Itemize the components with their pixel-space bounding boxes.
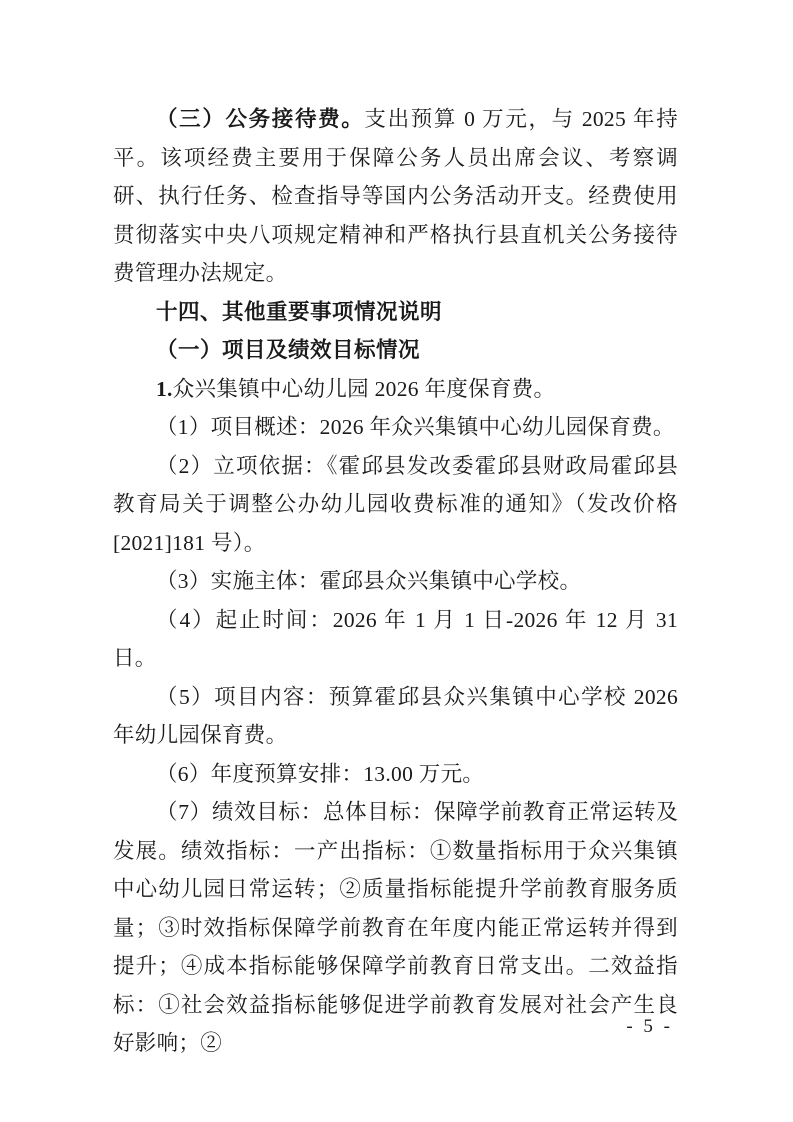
- para-item-4-start-end-time: （4）起止时间：2026 年 1 月 1 日-2026 年 12 月 31 日。: [113, 601, 678, 678]
- document-content: （三）公务接待费。支出预算 0 万元，与 2025 年持平。该项经费主要用于保障…: [113, 100, 678, 1063]
- para-item-7-performance-targets: （7）绩效目标：总体目标：保障学前教育正常运转及发展。绩效指标：一产出指标：①数…: [113, 793, 678, 1063]
- heading-section-14-other-important-matters: 十四、其他重要事项情况说明: [113, 293, 678, 332]
- para-project-1-title-text: 众兴集镇中心幼儿园 2026 年度保育费。: [173, 377, 556, 401]
- para-item-2-approval-basis: （2）立项依据：《霍邱县发改委霍邱县财政局霍邱县教育局关于调整公办幼儿园收费标准…: [113, 447, 678, 563]
- para-item-3-implementing-entity: （3）实施主体：霍邱县众兴集镇中心学校。: [113, 562, 678, 601]
- para-project-1-title: 1.众兴集镇中心幼儿园 2026 年度保育费。: [113, 370, 678, 409]
- para-item-6-annual-budget: （6）年度预算安排：13.00 万元。: [113, 755, 678, 794]
- document-page: （三）公务接待费。支出预算 0 万元，与 2025 年持平。该项经费主要用于保障…: [0, 0, 793, 1122]
- para-project-1-number: 1.: [156, 377, 173, 401]
- para-official-reception-expense-text: 支出预算 0 万元，与 2025 年持平。该项经费主要用于保障公务人员出席会议、…: [113, 107, 678, 285]
- heading-subsection-1-project-performance-targets: （一）项目及绩效目标情况: [113, 331, 678, 370]
- para-item-5-project-content: （5）项目内容：预算霍邱县众兴集镇中心学校 2026 年幼儿园保育费。: [113, 678, 678, 755]
- para-official-reception-expense: （三）公务接待费。支出预算 0 万元，与 2025 年持平。该项经费主要用于保障…: [113, 100, 678, 293]
- page-number: - 5 -: [626, 1016, 673, 1038]
- para-official-reception-expense-lead: （三）公务接待费。: [156, 107, 364, 131]
- para-item-1-project-overview: （1）项目概述：2026 年众兴集镇中心幼儿园保育费。: [113, 408, 678, 447]
